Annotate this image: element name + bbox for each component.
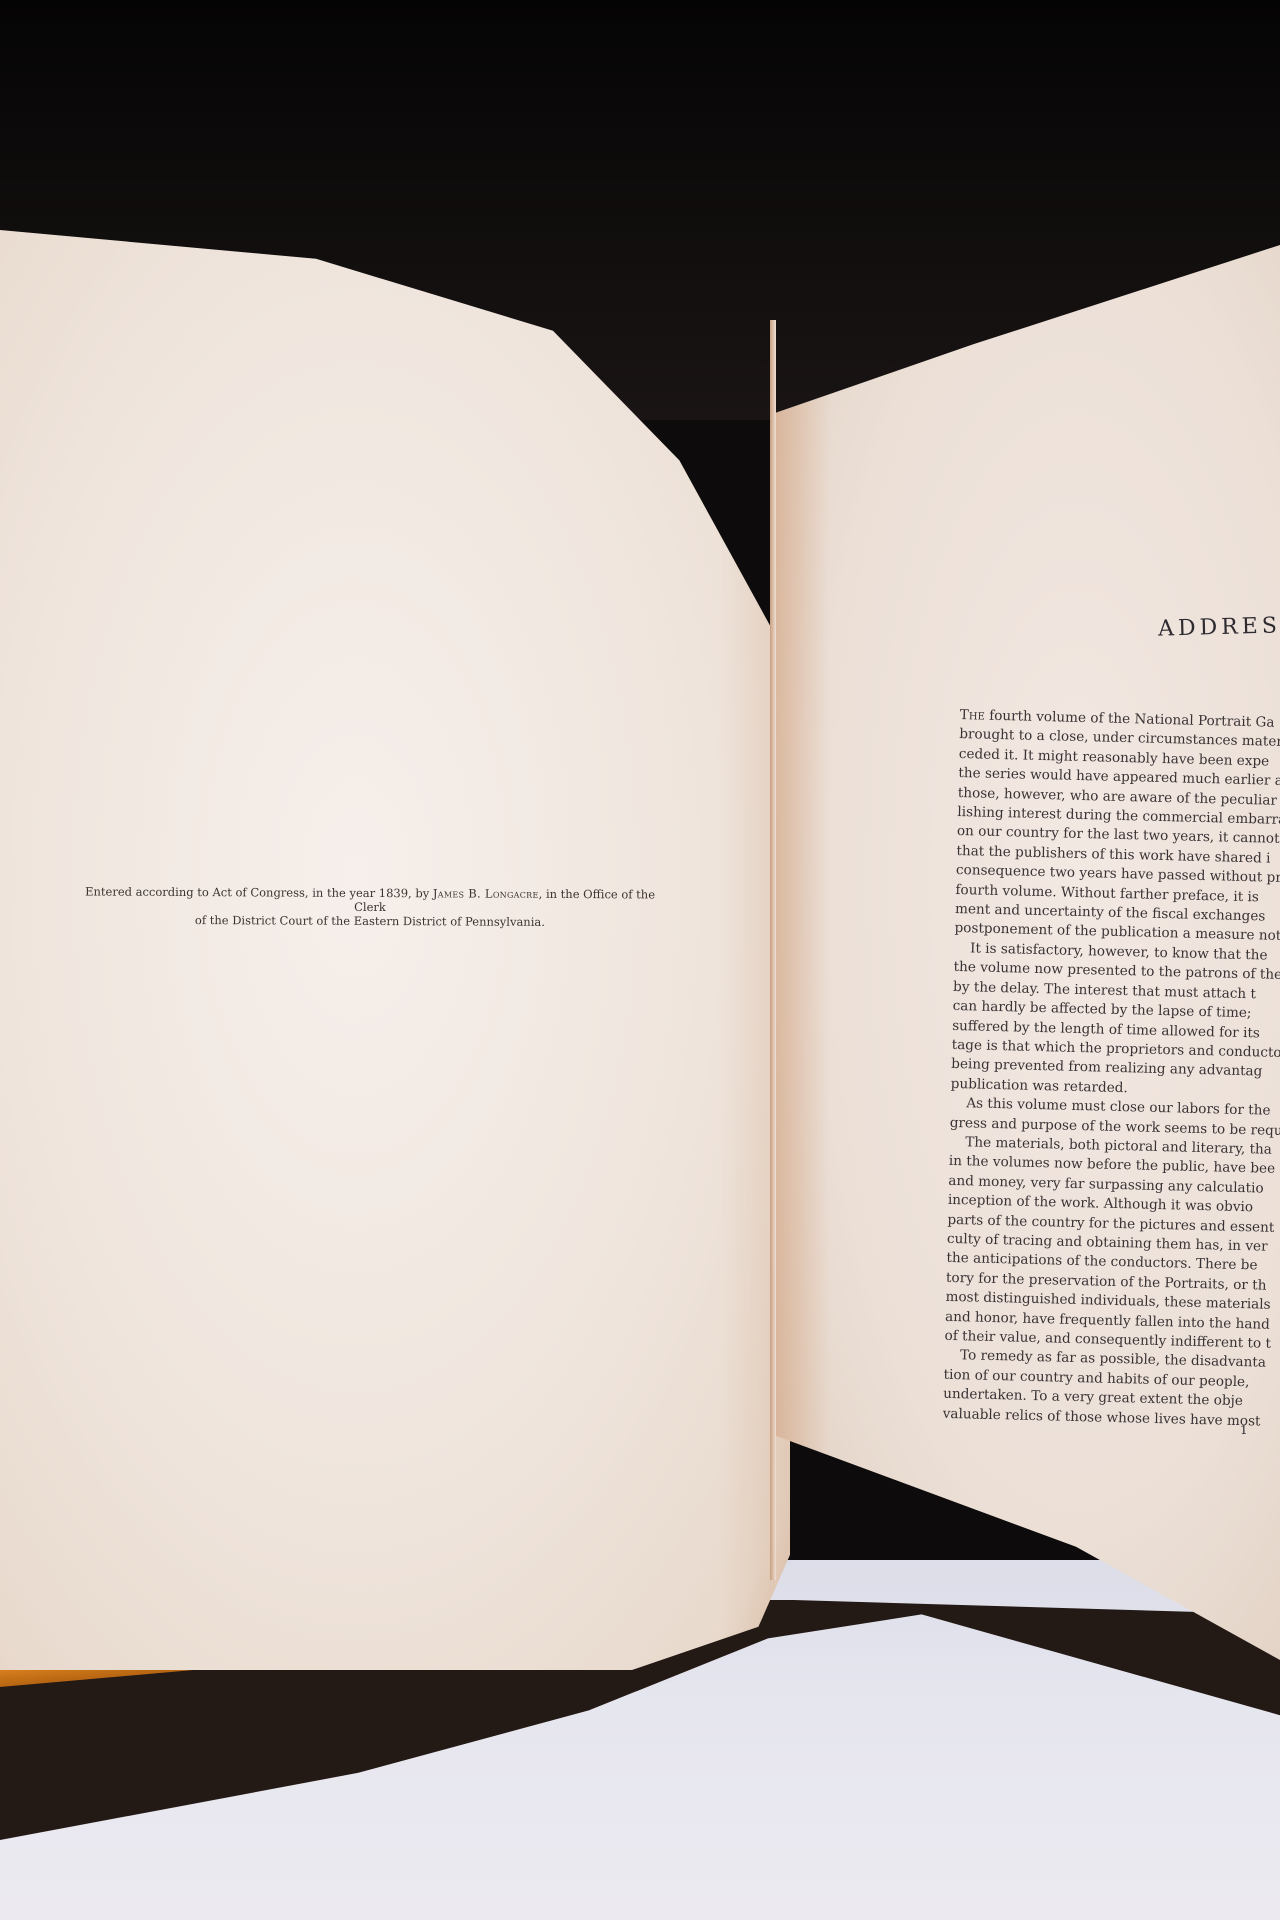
address-body-text: The fourth volume of the National Portra… <box>942 706 1280 1432</box>
page-number: 1 <box>1240 1423 1248 1437</box>
copyright-notice: Entered according to Act of Congress, in… <box>80 884 660 929</box>
copyright-line2: of the District Court of the Eastern Dis… <box>195 913 545 929</box>
page-heading: ADDRES <box>1158 613 1280 641</box>
copyright-holder-name: James B. Longacre <box>433 886 539 901</box>
book-gutter <box>770 320 776 1580</box>
left-page <box>0 230 790 1670</box>
copyright-line1-prefix: Entered according to Act of Congress, in… <box>85 885 433 901</box>
drop-lead-word: The <box>960 707 985 724</box>
